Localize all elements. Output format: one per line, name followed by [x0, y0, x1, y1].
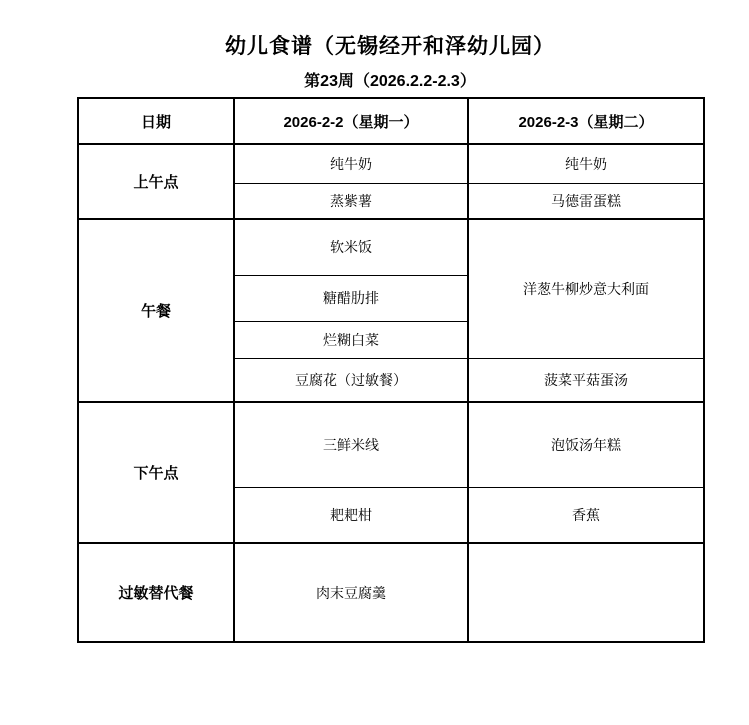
column-header-monday: 2026-2-2（星期一） [234, 98, 468, 144]
table-row: 上午点 纯牛奶 纯牛奶 [78, 144, 704, 183]
menu-item: 洋葱牛柳炒意大利面 [468, 219, 704, 358]
menu-item: 肉末豆腐羹 [234, 543, 468, 642]
table-row: 午餐 软米饭 洋葱牛柳炒意大利面 [78, 219, 704, 275]
page-subtitle: 第23周（2026.2.2-2.3） [77, 68, 703, 91]
menu-item: 耙耙柑 [234, 487, 468, 543]
menu-item: 蒸紫薯 [234, 183, 468, 219]
menu-item: 泡饭汤年糕 [468, 402, 704, 487]
table-row: 下午点 三鲜米线 泡饭汤年糕 [78, 402, 704, 487]
menu-table: 日期 2026-2-2（星期一） 2026-2-3（星期二） 上午点 纯牛奶 纯… [77, 97, 705, 643]
menu-item: 烂糊白菜 [234, 321, 468, 358]
column-header-date: 日期 [78, 98, 234, 144]
header-row: 日期 2026-2-2（星期一） 2026-2-3（星期二） [78, 98, 704, 144]
menu-item: 香蕉 [468, 487, 704, 543]
document-page: 幼儿食谱（无锡经开和泽幼儿园） 第23周（2026.2.2-2.3） 日期 20… [0, 0, 749, 725]
menu-item: 三鲜米线 [234, 402, 468, 487]
menu-item: 糖醋肋排 [234, 275, 468, 321]
table-row: 过敏替代餐 肉末豆腐羹 [78, 543, 704, 642]
meal-label-lunch: 午餐 [78, 219, 234, 402]
menu-item: 纯牛奶 [234, 144, 468, 183]
menu-item: 软米饭 [234, 219, 468, 275]
page-title: 幼儿食谱（无锡经开和泽幼儿园） [77, 30, 703, 60]
menu-item-empty [468, 543, 704, 642]
meal-label-afternoon-snack: 下午点 [78, 402, 234, 543]
menu-item: 豆腐花（过敏餐） [234, 358, 468, 402]
column-header-tuesday: 2026-2-3（星期二） [468, 98, 704, 144]
menu-item: 菠菜平菇蛋汤 [468, 358, 704, 402]
menu-item: 马德雷蛋糕 [468, 183, 704, 219]
meal-label-morning-snack: 上午点 [78, 144, 234, 219]
meal-label-allergy-substitute: 过敏替代餐 [78, 543, 234, 642]
menu-item: 纯牛奶 [468, 144, 704, 183]
